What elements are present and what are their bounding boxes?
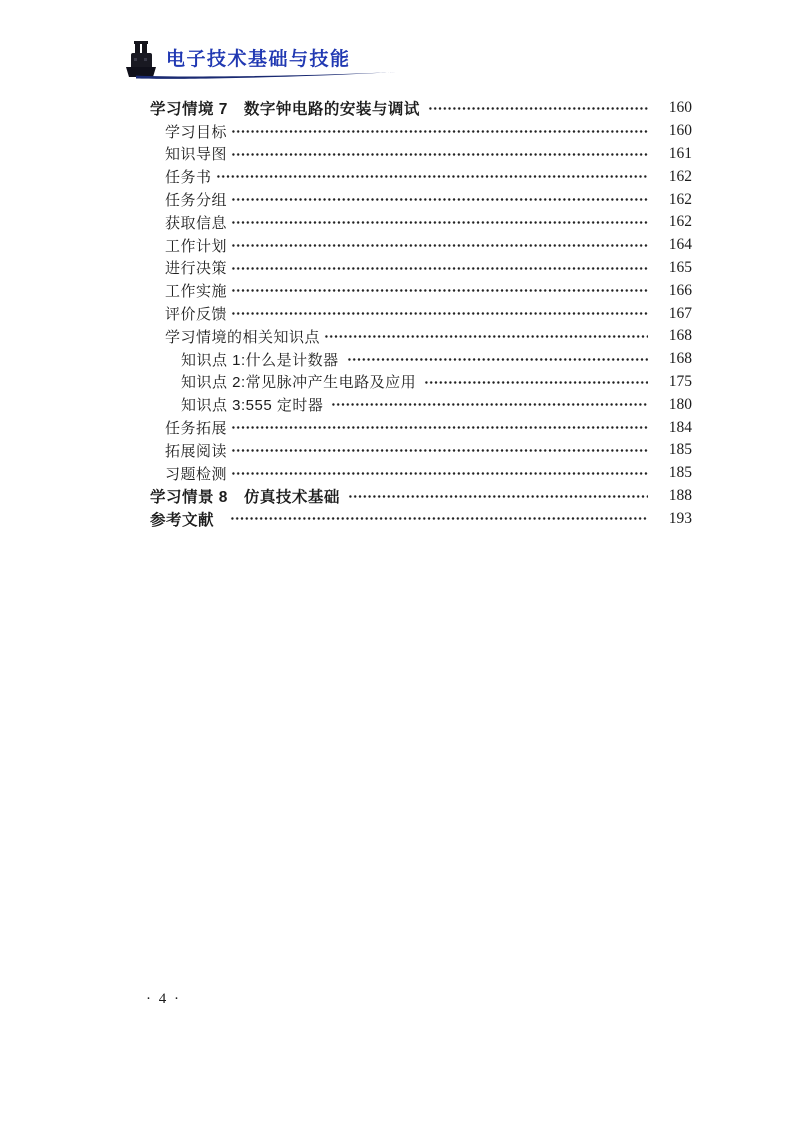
toc-entry-page: 165 bbox=[658, 259, 692, 277]
toc-entry-page: 184 bbox=[658, 419, 692, 437]
toc-entry: 学习情境的相关知识点 168 bbox=[150, 325, 692, 348]
dot-leader bbox=[231, 211, 648, 234]
toc-entry: 任务拓展 184 bbox=[150, 416, 692, 439]
toc-entry: 拓展阅读 185 bbox=[150, 439, 692, 462]
toc-entry-label: 任务书 bbox=[165, 166, 212, 187]
toc-entry: 进行决策 165 bbox=[150, 257, 692, 280]
dot-leader bbox=[230, 507, 648, 530]
book-title: 电子技术基础与技能 bbox=[166, 44, 351, 71]
dot-leader bbox=[347, 348, 648, 371]
toc-entry-page: 160 bbox=[658, 99, 692, 117]
toc-entry-page: 180 bbox=[658, 396, 692, 414]
toc-entry-label: 工作计划 bbox=[165, 235, 227, 256]
toc-entry-label: 评价反馈 bbox=[165, 303, 227, 324]
toc-entry: 工作实施 166 bbox=[150, 279, 692, 302]
toc-entry-page: 160 bbox=[658, 122, 692, 140]
dot-leader bbox=[231, 234, 648, 257]
dot-leader bbox=[331, 393, 648, 416]
toc-entry: 习题检测 185 bbox=[150, 462, 692, 485]
toc-entry-label: 进行决策 bbox=[165, 257, 227, 278]
folio-page-number: · 4 · bbox=[146, 991, 181, 1008]
toc-entry-page: 167 bbox=[658, 305, 692, 323]
toc-entry-label: 知识点 3:555 定时器 bbox=[181, 394, 323, 415]
dot-leader bbox=[348, 485, 648, 508]
dot-leader bbox=[231, 462, 648, 485]
toc-entry-page: 175 bbox=[658, 373, 692, 391]
dot-leader bbox=[216, 165, 648, 188]
scanned-toc-page: 电子技术基础与技能 学习情境 7 数字钟电路的安装与调试 160 学习目标 16… bbox=[0, 0, 800, 1132]
toc-entry-page: 162 bbox=[658, 168, 692, 186]
toc-entry-page: 168 bbox=[658, 350, 692, 368]
toc-entry-label: 知识点 1:什么是计数器 bbox=[181, 349, 339, 370]
toc-entry-label: 知识点 2:常见脉冲产生电路及应用 bbox=[181, 371, 416, 392]
toc-entry-label: 习题检测 bbox=[165, 463, 227, 484]
toc-entry-page: 166 bbox=[658, 282, 692, 300]
toc-entry-label: 工作实施 bbox=[165, 280, 227, 301]
toc-entry: 知识点 3:555 定时器 180 bbox=[150, 393, 692, 416]
dot-leader bbox=[231, 120, 648, 143]
toc-entry-label: 学习情境的相关知识点 bbox=[165, 326, 320, 347]
dot-leader bbox=[231, 279, 648, 302]
table-of-contents: 学习情境 7 数字钟电路的安装与调试 160 学习目标 160 知识导图 161… bbox=[150, 97, 692, 530]
toc-entry-page: 168 bbox=[658, 327, 692, 345]
dot-leader bbox=[231, 257, 648, 280]
dot-leader bbox=[231, 416, 648, 439]
toc-entry: 知识点 1:什么是计数器 168 bbox=[150, 348, 692, 371]
toc-entry: 学习情境 7 数字钟电路的安装与调试 160 bbox=[150, 97, 692, 120]
toc-entry-page: 193 bbox=[658, 510, 692, 528]
toc-entry-label: 任务分组 bbox=[165, 189, 227, 210]
toc-entry: 参考文献 193 bbox=[150, 507, 692, 530]
toc-entry-page: 188 bbox=[658, 487, 692, 505]
header-underline-swoosh bbox=[134, 70, 398, 80]
dot-leader bbox=[231, 143, 648, 166]
dot-leader bbox=[231, 439, 648, 462]
toc-entry-page: 185 bbox=[658, 464, 692, 482]
dot-leader bbox=[324, 325, 648, 348]
toc-entry-label: 获取信息 bbox=[165, 212, 227, 233]
toc-entry: 任务分组 162 bbox=[150, 188, 692, 211]
page-header: 电子技术基础与技能 bbox=[122, 40, 422, 84]
toc-entry: 评价反馈 167 bbox=[150, 302, 692, 325]
dot-leader bbox=[231, 188, 648, 211]
toc-entry-page: 162 bbox=[658, 191, 692, 209]
toc-entry-page: 185 bbox=[658, 441, 692, 459]
toc-entry-label: 学习情境 7 数字钟电路的安装与调试 bbox=[150, 97, 420, 119]
toc-entry: 学习情景 8 仿真技术基础 188 bbox=[150, 485, 692, 508]
toc-entry: 知识导图 161 bbox=[150, 143, 692, 166]
toc-entry-label: 学习目标 bbox=[165, 121, 227, 142]
toc-entry-page: 164 bbox=[658, 236, 692, 254]
toc-entry-label: 参考文献 bbox=[150, 508, 214, 530]
toc-entry: 学习目标 160 bbox=[150, 120, 692, 143]
toc-entry-page: 162 bbox=[658, 213, 692, 231]
toc-entry: 任务书 162 bbox=[150, 165, 692, 188]
toc-entry: 获取信息 162 bbox=[150, 211, 692, 234]
toc-entry-label: 任务拓展 bbox=[165, 417, 227, 438]
toc-entry-label: 知识导图 bbox=[165, 143, 227, 164]
toc-entry-label: 拓展阅读 bbox=[165, 440, 227, 461]
toc-entry-page: 161 bbox=[658, 145, 692, 163]
dot-leader bbox=[231, 302, 648, 325]
toc-entry-label: 学习情景 8 仿真技术基础 bbox=[150, 485, 340, 507]
dot-leader bbox=[428, 97, 648, 120]
toc-entry: 知识点 2:常见脉冲产生电路及应用 175 bbox=[150, 371, 692, 394]
dot-leader bbox=[424, 371, 648, 394]
toc-entry: 工作计划 164 bbox=[150, 234, 692, 257]
